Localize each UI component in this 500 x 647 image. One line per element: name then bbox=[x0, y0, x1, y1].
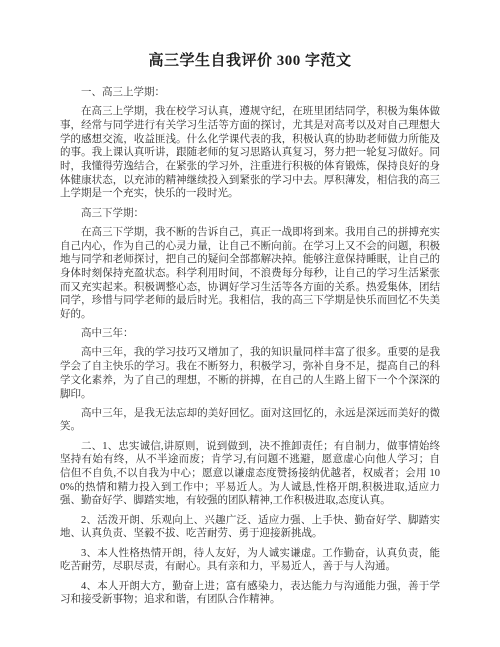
paragraph-item-1: 二、1、忠实诚信,讲原则，说到做到，决不推卸责任；有自制力，做事情始终坚持有始有… bbox=[60, 440, 440, 509]
paragraph-three-years: 高中三年，我的学习技巧又增加了，我的知识量同样丰富了很多。重要的是我学会了自主快… bbox=[60, 346, 440, 401]
document-title: 高三学生自我评价 300 字范文 bbox=[60, 52, 440, 71]
section-heading-term2: 高三下学期： bbox=[60, 207, 440, 221]
section-heading-term1: 一、高三上学期： bbox=[60, 86, 440, 100]
paragraph-term2: 在高三下学期，我不断的告诉自己，真正一战即将到来。我用自己的拼搏充实自己内心，作… bbox=[60, 226, 440, 322]
paragraph-item-2: 2、活泼开朗、乐观向上、兴趣广泛、适应力强、上手快、勤奋好学、脚踏实地、认真负责… bbox=[60, 514, 440, 541]
document-page: 高三学生自我评价 300 字范文 一、高三上学期： 在高三上学期，我在校学习认真… bbox=[0, 0, 500, 647]
paragraph-item-4: 4、本人开朗大方，勤奋上进；富有感染力，表达能力与沟通能力强，善于学习和接受新事… bbox=[60, 580, 440, 607]
paragraph-term1: 在高三上学期，我在校学习认真，遵规守纪，在班里团结同学，积极为集体做事，经常与同… bbox=[60, 105, 440, 201]
paragraph-item-3: 3、本人性格热情开朗，待人友好，为人诚实谦虚。工作勤奋，认真负责，能吃苦耐劳，尽… bbox=[60, 547, 440, 574]
paragraph-memory: 高中三年，是我无法忘却的美好回忆。面对这回忆的，永远是深远而美好的微笑。 bbox=[60, 407, 440, 434]
section-heading-three-years: 高中三年： bbox=[60, 327, 440, 341]
